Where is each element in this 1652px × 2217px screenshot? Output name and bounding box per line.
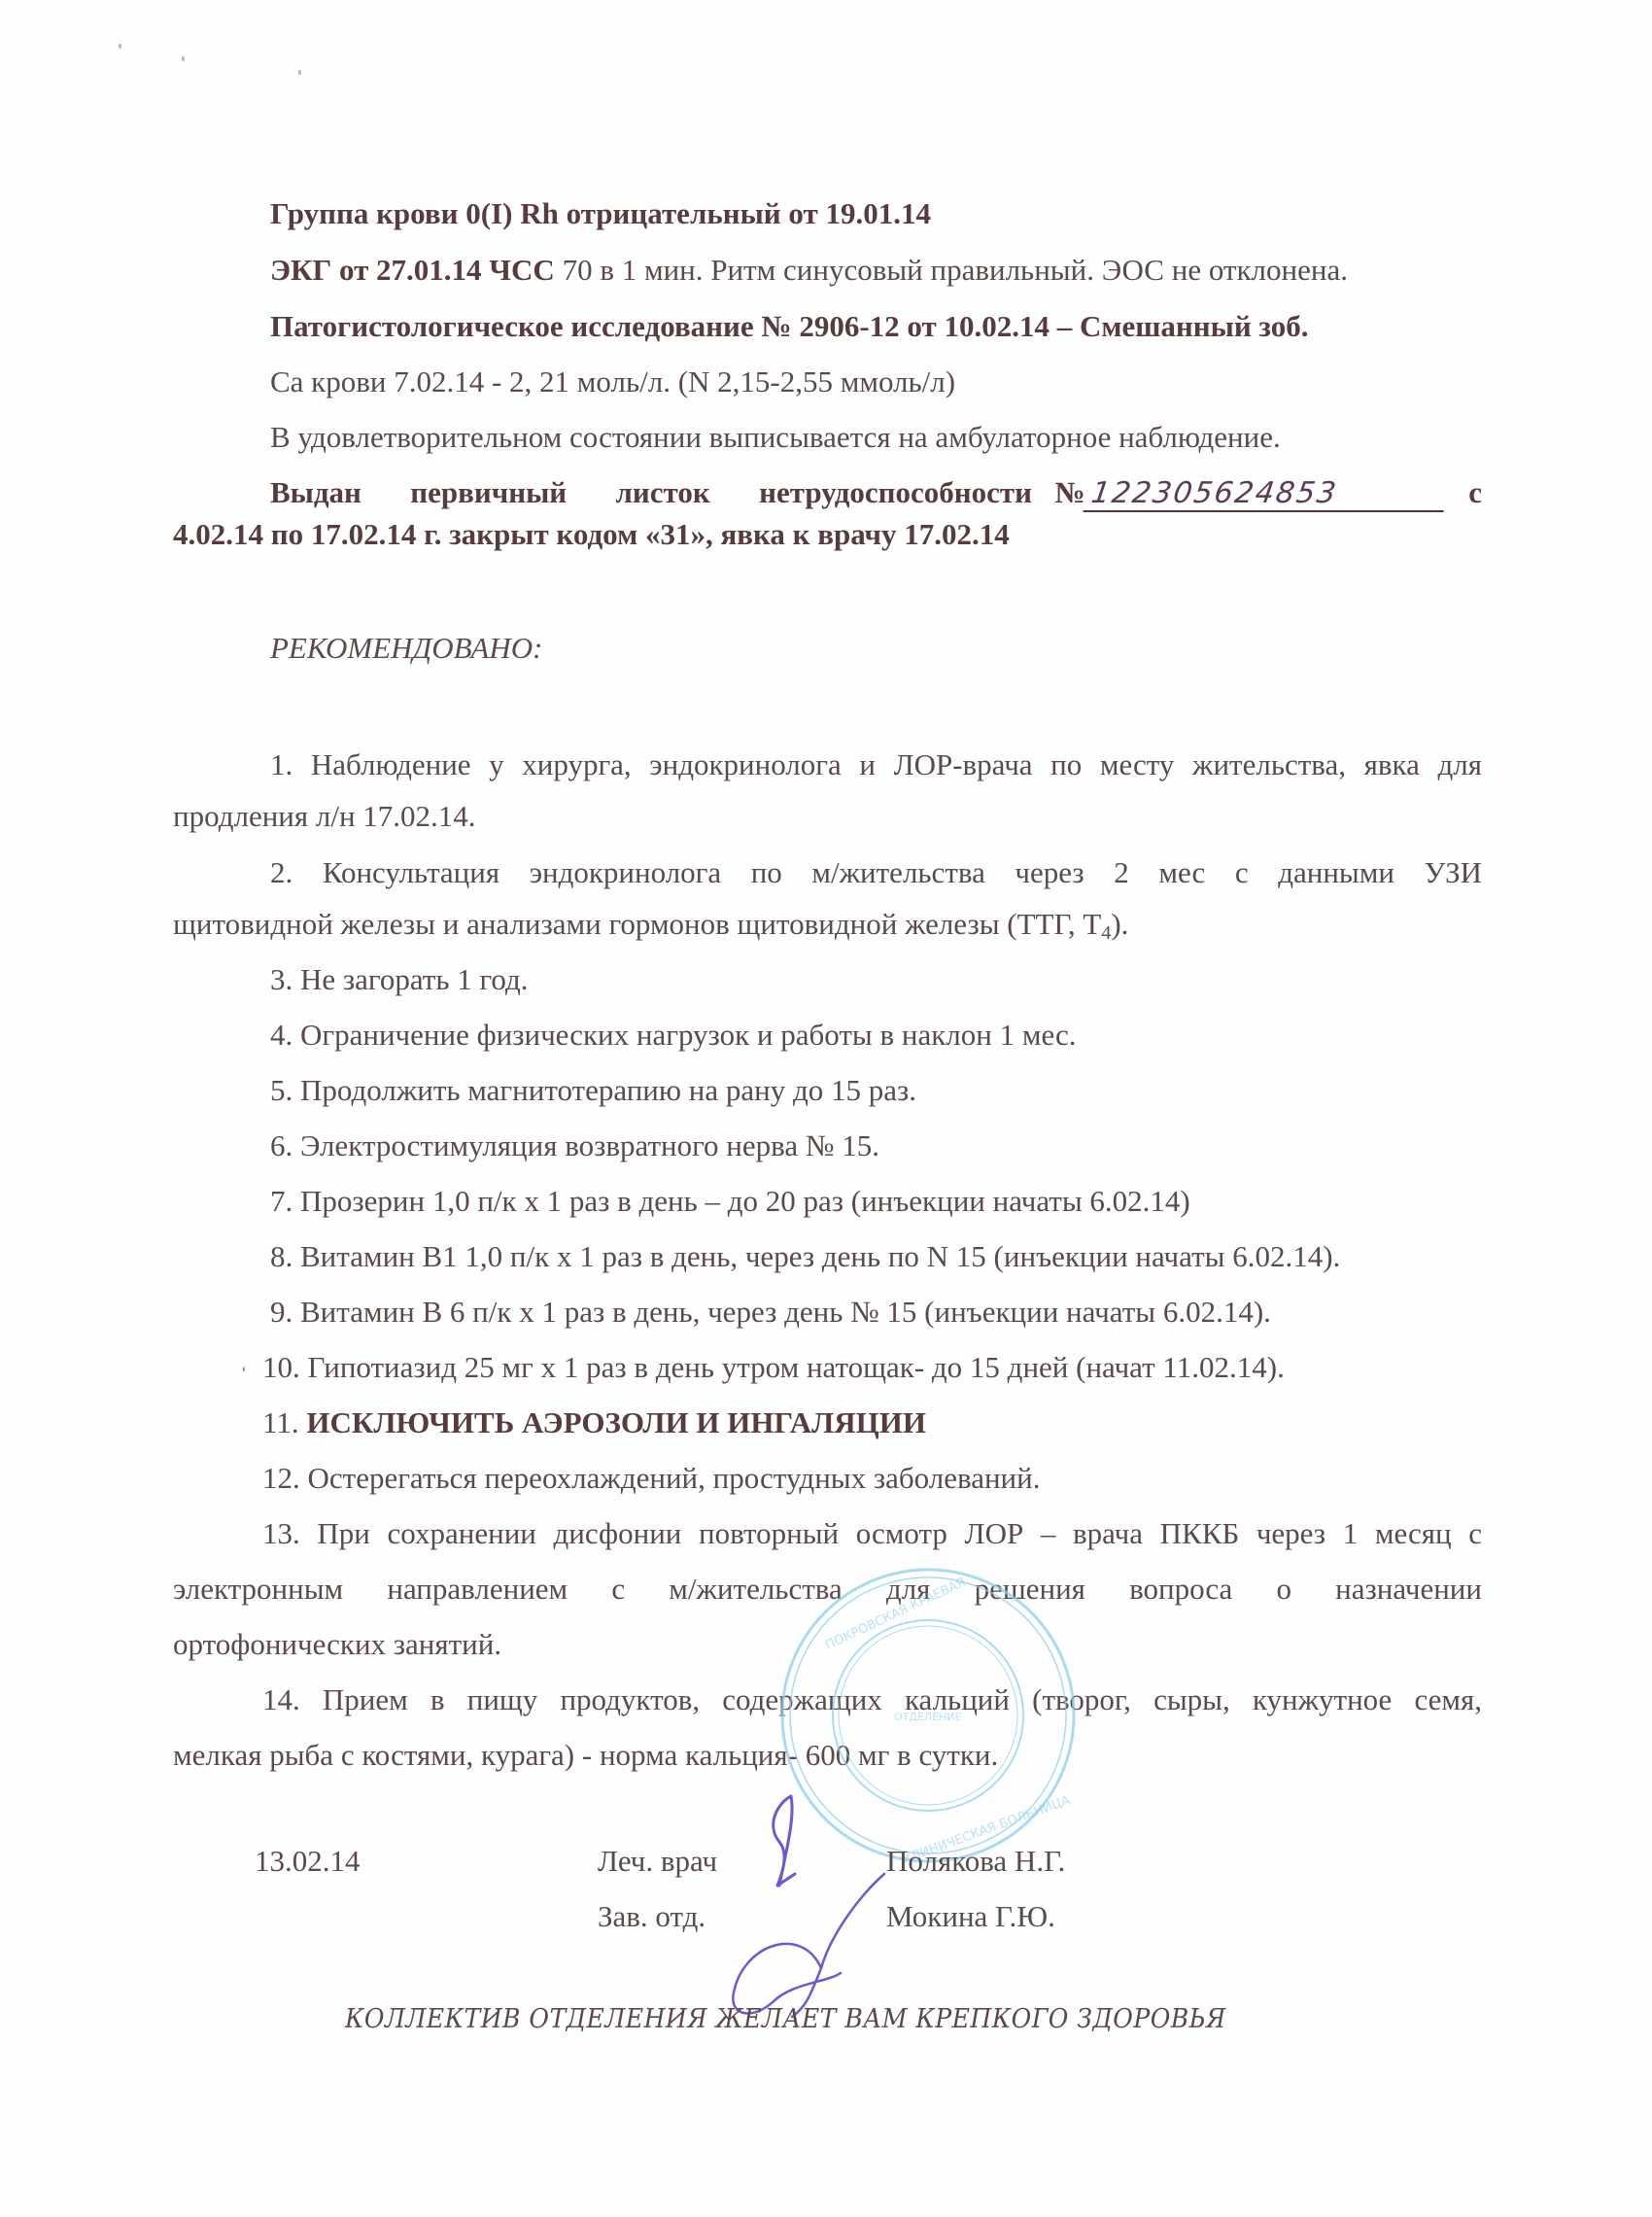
item-11-text: ИСКЛЮЧИТЬ АЭРОЗОЛИ И ИНГАЛЯЦИИ: [306, 1405, 926, 1439]
attending-physician-name: Полякова Н.Г.: [886, 1842, 1065, 1881]
blood-group-line: Группа крови 0(I) Rh отрицательный от 19…: [270, 194, 931, 233]
recommendation-item-5: 5. Продолжить магнитотерапию на рану до …: [270, 1071, 916, 1110]
head-of-department-name: Мокина Г.Ю.: [886, 1897, 1055, 1936]
scan-speck: [182, 56, 185, 61]
sick-leave-word: Выдан: [270, 473, 361, 512]
sick-leave-word: нетрудоспособности: [759, 473, 1032, 512]
sick-leave-from: с: [1468, 473, 1482, 512]
sick-leave-line: Выдан первичный листок нетрудоспособност…: [270, 473, 1482, 512]
attending-physician-label: Леч. врач: [598, 1842, 717, 1881]
item-2-subscript: 4: [1101, 922, 1111, 944]
scan-speck: [119, 44, 121, 49]
svg-text:ПОКРОВСКАЯ КРАЕВАЯ: ПОКРОВСКАЯ КРАЕВАЯ: [823, 1576, 968, 1653]
ecg-label: ЭКГ от 27.01.14 ЧСС: [270, 253, 563, 287]
recommendation-item-10: 10. Гипотиазид 25 мг х 1 раз в день утро…: [262, 1348, 1285, 1387]
recommendation-item-13-line1: 13. При сохранении дисфонии повторный ос…: [262, 1514, 1482, 1553]
svg-text:ОТДЕЛЕНИЕ: ОТДЕЛЕНИЕ: [894, 1711, 962, 1723]
discharge-line: В удовлетворительном состоянии выписывае…: [270, 418, 1281, 457]
item-2-text: щитовидной железы и анализами гормонов щ…: [173, 907, 1101, 941]
head-signature-icon: [714, 1866, 899, 2022]
farewell-message: КОЛЛЕКТИВ ОТДЕЛЕНИЯ ЖЕЛАЕТ ВАМ КРЕПКОГО …: [345, 2004, 1226, 2034]
histology-line: Патогистологическое исследование № 2906-…: [270, 307, 1308, 346]
sick-leave-number-field: №122305624853: [1055, 473, 1446, 512]
number-sign: №: [1055, 473, 1085, 512]
recommendation-item-1-line2: продления л/н 17.02.14.: [173, 797, 476, 836]
item-2-end: ).: [1111, 907, 1128, 941]
recommendation-item-1-line1: 1. Наблюдение у хирурга, эндокринолога и…: [270, 745, 1482, 784]
sick-leave-word: листок: [616, 473, 710, 512]
recommendation-item-2-line2: щитовидной железы и анализами гормонов щ…: [173, 905, 1128, 944]
calcium-line: Са крови 7.02.14 - 2, 21 моль/л. (N 2,15…: [270, 363, 955, 401]
ecg-result: 70 в 1 мин. Ритм синусовый правильный. Э…: [563, 253, 1348, 287]
ink-mark: ‘: [241, 1353, 247, 1392]
recommendation-item-2-line1: 2. Консультация эндокринолога по м/жител…: [270, 853, 1482, 892]
sick-leave-period-line: 4.02.14 по 17.02.14 г. закрыт кодом «31»…: [173, 515, 1010, 554]
scanned-document-page: Группа крови 0(I) Rh отрицательный от 19…: [0, 0, 1652, 2217]
ecg-line: ЭКГ от 27.01.14 ЧСС 70 в 1 мин. Ритм син…: [270, 251, 1348, 290]
recommendation-item-3: 3. Не загорать 1 год.: [270, 960, 529, 999]
recommendation-item-6: 6. Электростимуляция возвратного нерва №…: [270, 1126, 879, 1165]
head-of-department-label: Зав. отд.: [598, 1897, 706, 1936]
recommendation-item-8: 8. Витамин В1 1,0 п/к х 1 раз в день, че…: [270, 1237, 1340, 1276]
sick-leave-label: Выдан первичный листок нетрудоспособност…: [270, 473, 1032, 512]
recommendation-item-7: 7. Прозерин 1,0 п/к х 1 раз в день – до …: [270, 1182, 1190, 1221]
sick-leave-word: первичный: [410, 473, 567, 512]
recommendation-item-12: 12. Остерегаться переохлаждений, простуд…: [262, 1459, 1040, 1498]
recommendation-item-13-line3: ортофонических занятий.: [173, 1625, 501, 1664]
scan-speck: [298, 70, 301, 75]
recommendations-heading: РЕКОМЕНДОВАНО:: [270, 629, 542, 668]
signature-date: 13.02.14: [255, 1842, 361, 1881]
recommendation-item-9: 9. Витамин В 6 п/к х 1 раз в день, через…: [270, 1293, 1271, 1332]
recommendation-item-11: 11. ИСКЛЮЧИТЬ АЭРОЗОЛИ И ИНГАЛЯЦИИ: [262, 1403, 926, 1442]
sick-leave-number: 122305624853: [1083, 477, 1448, 512]
recommendation-item-4: 4. Ограничение физических нагрузок и раб…: [270, 1016, 1077, 1055]
item-11-number: 11.: [262, 1405, 306, 1439]
